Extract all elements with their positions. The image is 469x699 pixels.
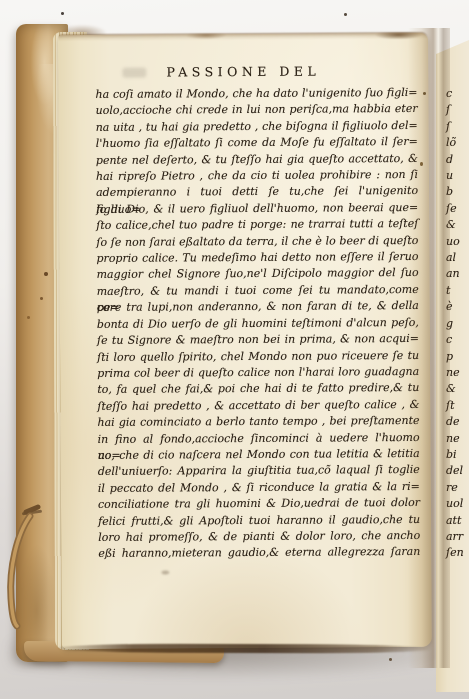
text-line: uolo,accioche chi crede in lui non periſ… [96, 101, 418, 119]
fragment-line: arr [446, 529, 469, 545]
fragment-line: b [446, 184, 469, 200]
fragment-line: al [446, 250, 469, 266]
text-block: ha coſi amato il Mondo, che ha dato l'un… [95, 85, 420, 563]
fragment-line: ne [446, 431, 469, 447]
fragment-line: c [446, 86, 469, 102]
text-line: maggior chel Signore ſuo,ne'l Diſcipolo … [97, 265, 419, 283]
text-line: conciliatione tra gli huomini & Dio,uedr… [98, 495, 420, 513]
cover-stain-spot [44, 272, 48, 276]
text-line: na uita , tu hai gia predetto , che biſo… [96, 118, 418, 136]
text-line: ſo ſe non ſarai eßaltato da terra, il ch… [96, 233, 418, 251]
text-line: ha coſi amato il Mondo, che ha dato l'un… [95, 85, 417, 103]
text-line: pente nel deſerto, & tu ſteſſo hai gia q… [96, 151, 418, 169]
fragment-line: c [446, 332, 469, 348]
fragment-line: u [446, 168, 469, 184]
foxing-spot [420, 162, 423, 166]
fragment-line: g [446, 316, 469, 332]
text-line: il peccato del Mondo , & ſi riconduce la… [98, 479, 420, 497]
fragment-line: an [446, 266, 469, 282]
foxing-spot [161, 570, 169, 574]
text-line: hai ripreſo Pietro , che da cio ti uolea… [96, 167, 418, 185]
book-photo: PASSIONE DEL ha coſi amato il Mondo, che… [0, 0, 469, 699]
backdrop-speck [61, 12, 64, 15]
text-line: dell'uniuerſo: Apparira la giuſtitia tua… [98, 462, 420, 480]
text-line: core tra lupi,non anderanno, & non faran… [97, 298, 419, 316]
fragment-line: & [446, 381, 469, 397]
fragment-line: ſ [446, 102, 469, 118]
fragment-line: de [446, 414, 469, 430]
text-line: to, fa quel che fai,& poi che hai di te … [97, 380, 419, 398]
fragment-line: lõ [446, 135, 469, 151]
page-top-browned-edge [58, 32, 428, 41]
fragment-line: del [446, 463, 469, 479]
facing-page-text-fragments: c ſ ſ lõ d u b ſe & uo al an [446, 86, 469, 562]
fragment-line: uol [446, 496, 469, 512]
fragment-line: è [446, 299, 469, 315]
text-line: prima col beer di queſto calice non l'ha… [97, 364, 419, 382]
fragment-line: ſen [446, 545, 469, 561]
text-line: adempieranno i tuoi detti ſe tu,che ſei … [96, 183, 418, 201]
text-line: proprio calice. Tu medeſimo hai detto no… [96, 249, 418, 267]
fragment-line: uo [446, 234, 469, 250]
fragment-line: ſe [446, 201, 469, 217]
text-line: ſto calice,chel tuo padre ti porge: ne t… [96, 216, 418, 234]
text-line: loro hai promeſſo, & de pianti & dolor l… [98, 528, 420, 546]
text-line: uo, che di cio naſcera nel Mondo con tua… [98, 446, 420, 464]
fragment-line: t [446, 283, 469, 299]
left-page: PASSIONE DEL ha coſi amato il Mondo, che… [58, 33, 432, 649]
text-line: ſti loro quello ſpirito, chel Mondo non … [97, 347, 419, 365]
vellum-tie-strap [0, 492, 46, 644]
text-line: felici frutti,& gli Apoſtoli tuoi harann… [98, 511, 420, 529]
text-line: ſe tu Signore & maeſtro non bei in prima… [97, 331, 419, 349]
text-line: lo di Dio, & il uero figliuol dell'huomo… [96, 200, 418, 218]
fragment-line: ſt [446, 398, 469, 414]
text-line: hai gia cominciato a berlo tanto tempo ,… [97, 413, 419, 431]
running-header: PASSIONE DEL [58, 63, 428, 80]
fragment-line: & [446, 217, 469, 233]
fragment-line: bi [446, 447, 469, 463]
backdrop-speck [344, 13, 347, 16]
fragment-line: d [446, 152, 469, 168]
fragment-line: re [446, 480, 469, 496]
text-line: eßi haranno,mieteran gaudio,& eterna all… [98, 544, 420, 562]
text-line: maeſtro, & tu mandi i tuoi come ſei tu m… [97, 282, 419, 300]
cover-stain-spot [27, 316, 30, 319]
fragment-line: p [446, 349, 469, 365]
foxing-spot [423, 92, 426, 95]
fragment-line: ſ [446, 119, 469, 135]
text-line: in fino al fondo,accioche ſincominci à u… [98, 429, 420, 447]
fragment-line: att [446, 513, 469, 529]
text-line: bonta di Dio uerſo de gli huomini teſtim… [97, 315, 419, 333]
cover-stain-spot [40, 297, 43, 300]
text-line: l'huomo ſia eſſaltato ſi come da Moſe fu… [96, 134, 418, 152]
text-line: ſteſſo hai predetto , & accettato di ber… [97, 397, 419, 415]
fragment-line: ne [446, 365, 469, 381]
facing-page-sliver: c ſ ſ lõ d u b ſe & uo al an [436, 40, 469, 692]
